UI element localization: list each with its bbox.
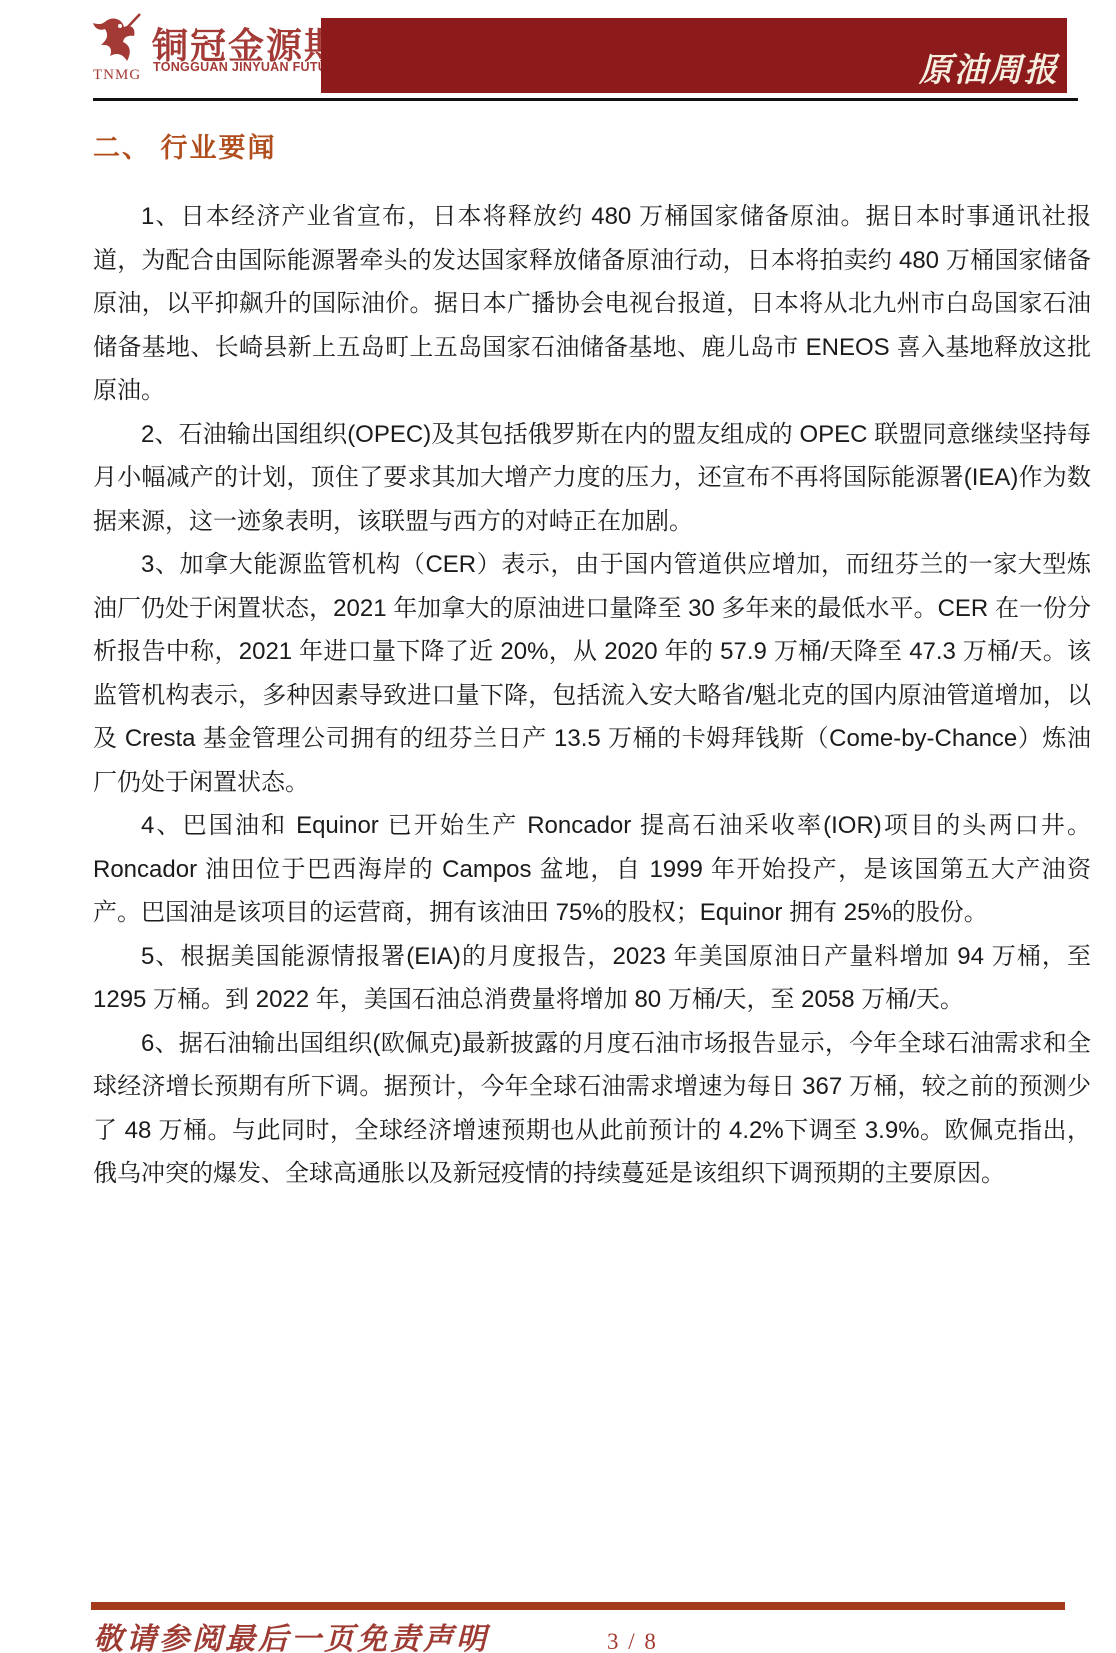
- report-page: TNMG 铜冠金源期货 TONGGUAN JINYUAN FUTURES 原油周…: [0, 0, 1116, 1653]
- page-number: 3 / 8: [607, 1629, 658, 1653]
- logo-bird-icon: [90, 12, 150, 68]
- footer-divider: [91, 1602, 1065, 1610]
- disclaimer-text: 敬请参阅最后一页免责声明: [93, 1614, 489, 1653]
- news-paragraph: 5、根据美国能源情报署(EIA)的月度报告，2023 年美国原油日产量料增加 9…: [93, 935, 1091, 1022]
- news-paragraphs: 1、日本经济产业省宣布，日本将释放约 480 万桶国家储备原油。据日本时事通讯社…: [93, 195, 1091, 1196]
- header-divider: [93, 98, 1078, 101]
- news-paragraph: 3、加拿大能源监管机构（CER）表示，由于国内管道供应增加，而纽芬兰的一家大型炼…: [93, 543, 1091, 804]
- news-paragraph: 1、日本经济产业省宣布，日本将释放约 480 万桶国家储备原油。据日本时事通讯社…: [93, 195, 1091, 413]
- banner-title: 原油周报: [919, 55, 1059, 88]
- footer-row: 敬请参阅最后一页免责声明 3 / 8: [93, 1614, 658, 1653]
- logo-abbr-text: TNMG: [93, 67, 141, 84]
- section-title: 二、 行业要闻: [93, 130, 1091, 166]
- news-paragraph: 2、石油输出国组织(OPEC)及其包括俄罗斯在内的盟友组成的 OPEC 联盟同意…: [93, 413, 1091, 544]
- report-body: 二、 行业要闻 1、日本经济产业省宣布，日本将释放约 480 万桶国家储备原油。…: [93, 130, 1091, 1196]
- news-paragraph: 4、巴国油和 Equinor 已开始生产 Roncador 提高石油采收率(IO…: [93, 804, 1091, 935]
- report-type-banner: 原油周报: [321, 18, 1067, 93]
- news-paragraph: 6、据石油输出国组织(欧佩克)最新披露的月度石油市场报告显示，今年全球石油需求和…: [93, 1022, 1091, 1196]
